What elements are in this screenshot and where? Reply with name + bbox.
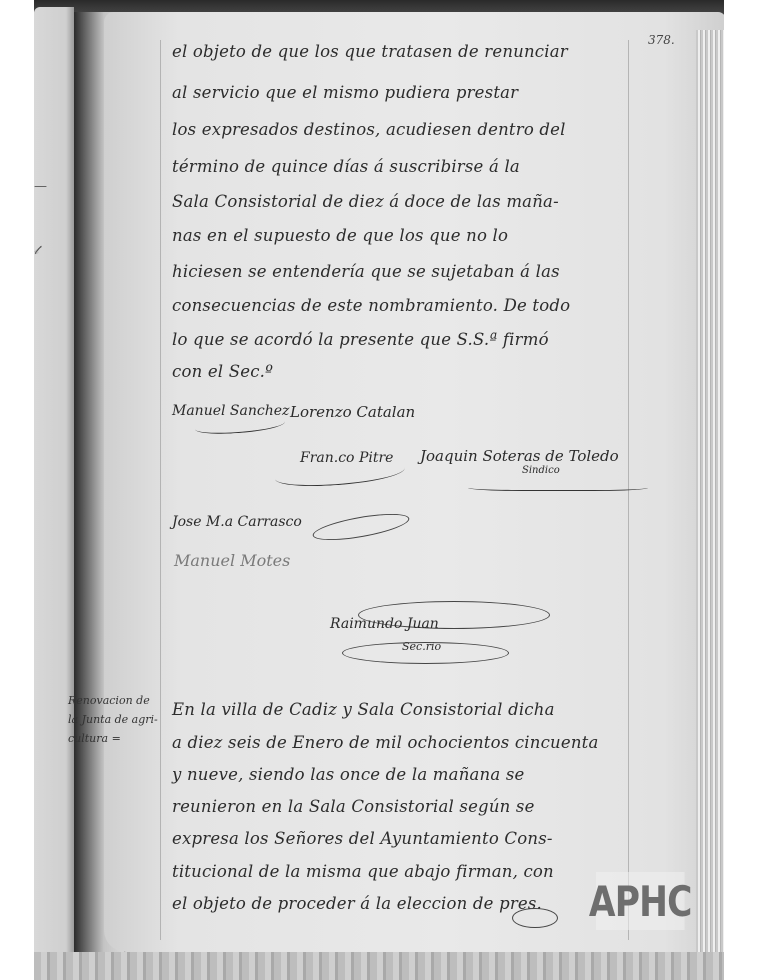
body-line: Sala Consistorial de diez á doce de las … [172,192,559,211]
body-line: con el Sec.º [172,362,273,381]
entry-line: expresa los Señores del Ayuntamiento Con… [172,829,553,848]
signature: Manuel Motes [174,551,290,570]
table-surface [34,952,724,980]
page-number: 378. [648,33,675,47]
entry-line: y nueve, siendo las once de la mañana se [172,765,525,784]
entry-line: a diez seis de Enero de mil ochocientos … [172,733,599,752]
entry-line: titucional de la misma que abajo firman,… [172,862,554,881]
left-page-ink-fragment: 𝓉 [34,243,38,258]
signature: Lorenzo Catalan [290,403,415,421]
body-line: nas en el supuesto de que los que no lo [172,226,508,245]
entry-line: reunieron en la Sala Consistorial según … [172,797,535,816]
body-line: término de quince días á suscribirse á l… [172,157,520,176]
left-facing-page: — 𝓉 [34,7,74,957]
body-line: los expresados destinos, acudiesen dentr… [172,120,566,139]
entry-line: En la villa de Cadiz y Sala Consistorial… [172,700,555,719]
signature: Jose M.a Carrasco [172,514,302,530]
entry-line: el objeto de proceder á la eleccion de p… [172,894,542,913]
body-line: al servicio que el mismo pudiera prestar [172,83,518,102]
ink-flourish [512,908,558,928]
signature-flourish [342,642,509,664]
body-line: el objeto de que los que tratasen de ren… [172,42,568,61]
margin-note-line: cultura = [68,732,121,745]
left-page-ink-fragment: — [34,179,47,194]
archive-watermark: APHC [596,872,685,930]
margin-rule-left [160,40,161,940]
body-line: lo que se acordó la presente que S.S.ª f… [172,330,549,349]
margin-note-line: Renovacion de [68,694,150,707]
signature-title: Sindico [522,465,560,476]
body-line: consecuencias de este nombramiento. De t… [172,296,570,315]
signature-flourish [468,480,648,491]
margin-note-line: la Junta de agri- [68,713,158,726]
signature: Joaquin Soteras de Toledo [420,447,619,465]
signature: Raimundo Juan [330,616,439,632]
body-line: hiciesen se entendería que se sujetaban … [172,262,560,281]
page-edges [696,30,724,960]
